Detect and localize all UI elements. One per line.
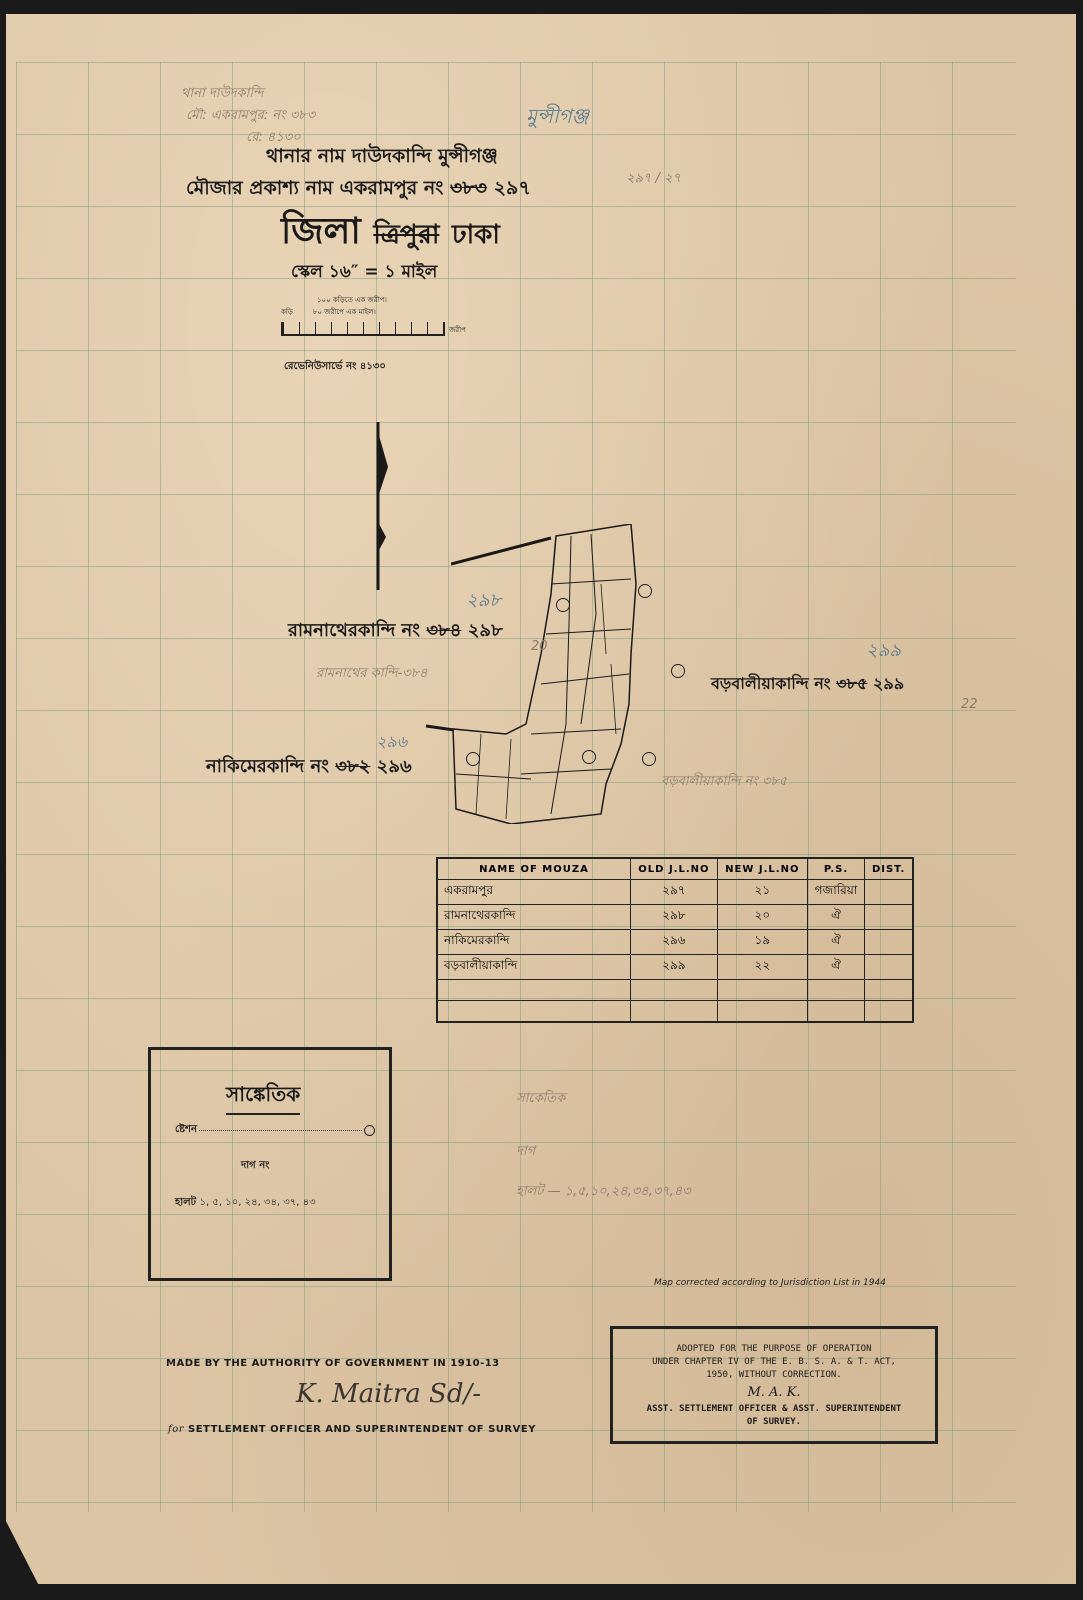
officer-signature: K. Maitra Sd/- <box>296 1379 481 1409</box>
station-marker <box>642 752 656 766</box>
mouza-old-no: ৩৮৪ <box>426 620 461 641</box>
legend-plot-no: দাগ নং <box>241 1158 269 1175</box>
map-sheet: থানা দাউদকান্দি মৌ: একরামপুর: নং ৩৮৩ রে:… <box>6 14 1076 1584</box>
cell-dist <box>865 880 913 905</box>
col-new-jl: NEW J.L.NO <box>717 858 807 880</box>
legend-box: সাঙ্কেতিক ষ্টেশন দাগ নং হালট ১, ৫, ১০, ২… <box>148 1047 392 1281</box>
col-dist: DIST. <box>865 858 913 880</box>
mouza-old-no: ৩৮৩ <box>450 177 487 199</box>
table-row: রামনাথেরকান্দি ২৯৮ ২০ ঐ <box>437 905 913 930</box>
mouza-plot-map <box>451 524 661 824</box>
stamp-line-3: 1950, WITHOUT CORRECTION. <box>613 1369 935 1382</box>
mouza-new-no: ২৯৮ <box>468 620 503 641</box>
station-marker <box>671 664 685 678</box>
scale-left-label: কড়ি <box>281 306 293 318</box>
thana-line: থানার নাম দাউদকান্দি মুন্সীগঞ্জ <box>266 142 498 174</box>
col-name: NAME OF MOUZA <box>437 858 631 880</box>
officer-line: for SETTLEMENT OFFICER AND SUPERINTENDEN… <box>168 1424 536 1435</box>
legend-station: ষ্টেশন <box>175 1122 375 1139</box>
for-prefix: for <box>168 1424 184 1435</box>
pencil-mid-3: হালট — ১,৫,১০,২৪,৩৪,৩৭,৪৩ <box>516 1182 691 1203</box>
cell-name: নাকিমেরকান্দি <box>437 930 631 955</box>
table-row: বড়বালীয়াকান্দি ২৯৯ ২২ ঐ <box>437 955 913 980</box>
cell-old-jl: ২৯৯ <box>631 955 718 980</box>
table-row-empty <box>437 1001 913 1023</box>
mouza-name: রামনাথেরকান্দি নং <box>288 620 420 641</box>
cell-new-jl: ১৯ <box>717 930 807 955</box>
adoption-stamp: ADOPTED FOR THE PURPOSE OF OPERATION UND… <box>610 1326 938 1444</box>
scale-bar-graphic <box>281 322 445 336</box>
pencil-note-2: মৌ: একরামপুর: নং ৩৮৩ <box>186 106 315 127</box>
table-row: নাকিমেরকান্দি ২৯৬ ১৯ ঐ <box>437 930 913 955</box>
mouza-old-no: ৩৮২ <box>335 756 370 777</box>
legend-haat-label: হালট <box>175 1197 196 1208</box>
mouza-line: মৌজার প্রকাশ্য নাম একরামপুর নং ৩৮৩ ২৯৭ <box>186 174 531 206</box>
cell-dist <box>865 955 913 980</box>
cell-new-jl: ২০ <box>717 905 807 930</box>
stamp-signature: M. A. K. <box>613 1386 935 1399</box>
adjacent-mouza-ramnathkandi: রামনাথেরকান্দি নং ৩৮৪ ২৯৮ <box>288 616 503 647</box>
pencil-note-right: ২৯৭ / ২৭ <box>626 169 681 190</box>
table-header-row: NAME OF MOUZA OLD J.L.NO NEW J.L.NO P.S.… <box>437 858 913 880</box>
pencil-alt-ramnath: 20 <box>531 639 548 654</box>
scale-right-label: জরীপ <box>449 324 466 336</box>
table-row-empty <box>437 980 913 1001</box>
district-label: জিলা <box>281 211 361 252</box>
pencil-mid-1: সাকেতিক <box>516 1089 565 1110</box>
pencil-note-1: থানা দাউদকান্দি <box>181 84 263 105</box>
cell-ps: ঐ <box>807 930 864 955</box>
officer-title: SETTLEMENT OFFICER AND SUPERINTENDENT OF… <box>188 1424 536 1435</box>
mouza-name: বড়বালীয়াকান্দি নং <box>711 674 831 693</box>
adjacent-mouza-borobaliakandi: বড়বালীয়াকান্দি নং ৩৮৫ ২৯৯ <box>711 671 904 698</box>
cell-dist <box>865 905 913 930</box>
station-symbol-icon <box>364 1125 375 1136</box>
legend-title: সাঙ্কেতিক <box>226 1080 300 1115</box>
mouza-new-no: ২৯৯ <box>873 674 904 693</box>
scale-line-2: ৮০ জরীপে এক মাইল। <box>299 306 376 318</box>
pencil-note-blue: মুন্সীগঞ্জ <box>526 102 589 135</box>
cell-new-jl: ২২ <box>717 955 807 980</box>
faint-borobalia: বড়বালীয়াকান্দি নং ৩৮৫ <box>661 772 787 793</box>
legend-haat-values: ১, ৫, ১০, ২৪, ৩৪, ৩৭, ৪৩ <box>200 1197 316 1208</box>
adjacent-mouza-nakimerkandi: নাকিমেরকান্দি নং ৩৮২ ২৯৬ <box>206 752 412 783</box>
cell-ps: গজারিয়া <box>807 880 864 905</box>
station-marker <box>556 598 570 612</box>
station-marker <box>638 584 652 598</box>
north-arrow-icon <box>368 422 392 592</box>
correction-note: Map corrected according to Jurisdiction … <box>654 1278 886 1288</box>
pencil-no-ramnath: ২৯৮ <box>466 586 501 617</box>
district-old: ত্রিপুরা <box>373 220 439 250</box>
thana-new: মুন্সীগঞ্জ <box>438 145 498 167</box>
cell-name: রামনাথেরকান্দি <box>437 905 631 930</box>
col-old-jl: OLD J.L.NO <box>631 858 718 880</box>
boundary-line <box>426 724 456 734</box>
legend-haat: হালট ১, ৫, ১০, ২৪, ৩৪, ৩৭, ৪৩ <box>175 1195 316 1212</box>
district-line: জিলা ত্রিপুরা ঢাকা <box>281 204 500 264</box>
cell-name: বড়বালীয়াকান্দি <box>437 955 631 980</box>
revenue-survey-no: রেভেনিউসার্ভে নং ৪১৩০ <box>284 359 386 376</box>
mouza-table: NAME OF MOUZA OLD J.L.NO NEW J.L.NO P.S.… <box>436 857 914 1023</box>
scale-line-1: ১০০ কড়িতে এক জরীপ। <box>281 294 481 306</box>
legend-station-label: ষ্টেশন <box>175 1122 197 1139</box>
pencil-mid-2: দাগ <box>516 1142 535 1163</box>
station-marker <box>466 752 480 766</box>
cell-name: একরামপুর <box>437 880 631 905</box>
district-new: ঢাকা <box>452 220 500 250</box>
col-ps: P.S. <box>807 858 864 880</box>
mouza-label: মৌজার প্রকাশ্য নাম একরামপুর নং <box>186 177 443 199</box>
mouza-name: নাকিমেরকান্দি নং <box>206 756 329 777</box>
mouza-old-no: ৩৮৫ <box>836 674 867 693</box>
stamp-line-1: ADOPTED FOR THE PURPOSE OF OPERATION <box>613 1343 935 1356</box>
stamp-officer-1: ASST. SETTLEMENT OFFICER & ASST. SUPERIN… <box>613 1403 935 1416</box>
table-row: একরামপুর ২৯৭ ২১ গজারিয়া <box>437 880 913 905</box>
scale-bar: ১০০ কড়িতে এক জরীপ। কড়ি ৮০ জরীপে এক মাই… <box>281 294 481 336</box>
mouza-new-no: ২৯৭ <box>494 177 531 199</box>
cell-dist <box>865 930 913 955</box>
stamp-line-2: UNDER CHAPTER IV OF THE E. B. S. A. & T.… <box>613 1356 935 1369</box>
authority-text: MADE BY THE AUTHORITY OF GOVERNMENT IN 1… <box>166 1358 500 1369</box>
cell-ps: ঐ <box>807 955 864 980</box>
mouza-new-no: ২৯৬ <box>377 756 412 777</box>
stamp-officer-2: OF SURVEY. <box>613 1416 935 1429</box>
scale-text: স্কেল ১৬″ = ১ মাইল <box>291 259 437 287</box>
thana-label: থানার নাম দাউদকান্দি <box>266 145 432 167</box>
station-marker <box>582 750 596 764</box>
cell-old-jl: ২৯৮ <box>631 905 718 930</box>
cell-old-jl: ২৯৬ <box>631 930 718 955</box>
pencil-no-borobalia: ২৯৯ <box>866 636 901 667</box>
cell-ps: ঐ <box>807 905 864 930</box>
pencil-alt-borobalia: 22 <box>961 697 978 712</box>
cell-new-jl: ২১ <box>717 880 807 905</box>
cell-old-jl: ২৯৭ <box>631 880 718 905</box>
faint-ramnath: রামনাথের কান্দি-৩৮৪ <box>316 664 428 685</box>
